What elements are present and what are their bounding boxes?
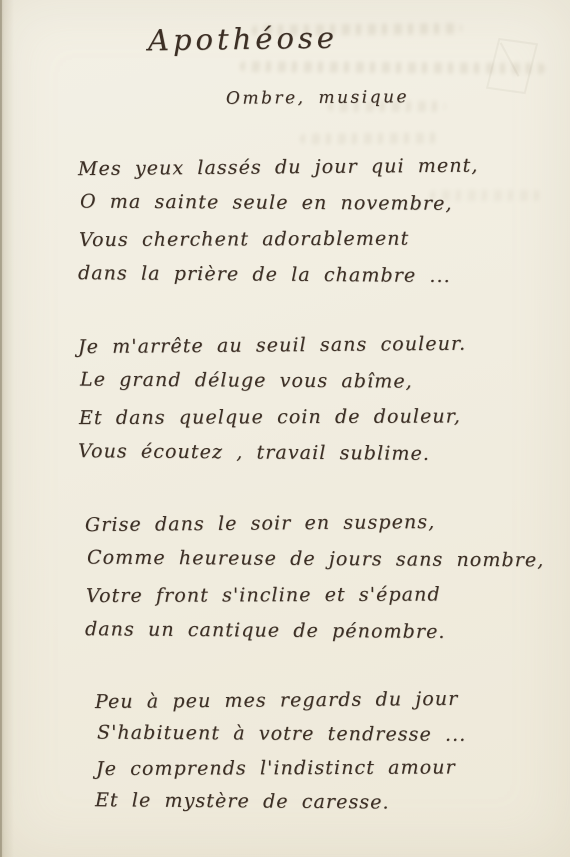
page-edge: [0, 0, 2, 857]
poem-line: O ma sainte seule en novembre,: [80, 185, 558, 224]
poem-line: dans la prière de la chambre ...: [78, 256, 558, 296]
poem-line: Je m'arrête au seuil sans couleur.: [78, 326, 558, 366]
stanza: Peu à peu mes regards du jour S'habituen…: [95, 684, 558, 820]
poem-line: Je comprends l'indistinct amour: [96, 751, 558, 787]
poem-line: Vous cherchent adorablement: [79, 221, 558, 259]
poem-body: Mes yeux lassés du jour qui ment, O ma s…: [78, 150, 558, 854]
poem-line: Le grand déluge vous abîme,: [80, 363, 558, 402]
stanza: Grise dans le soir en suspens, Comme heu…: [85, 506, 558, 650]
poem-line: Vous écoutez , travail sublime.: [78, 434, 558, 474]
poem-line: Grise dans le soir en suspens,: [85, 504, 558, 544]
poem-line: Et dans quelque coin de douleur,: [79, 399, 558, 437]
poem-title: Apothéose: [148, 21, 338, 58]
poem-line: S'habituent à votre tendresse ...: [97, 717, 558, 754]
stanza: Je m'arrête au seuil sans couleur. Le gr…: [78, 328, 558, 472]
poem-line: Mes yeux lassés du jour qui ment,: [78, 148, 558, 188]
poem-line: Et le mystère de caresse.: [95, 784, 558, 822]
poem-subtitle: Ombre, musique: [226, 87, 409, 109]
poem-line: Votre front s'incline et s'épand: [86, 577, 558, 615]
stanza: Mes yeux lassés du jour qui ment, O ma s…: [78, 150, 558, 294]
embossed-watermark: [486, 38, 538, 94]
poem-line: Comme heureuse de jours sans nombre,: [87, 541, 558, 580]
poem-line: dans un cantique de pénombre.: [85, 612, 558, 652]
manuscript-page: Apothéose Ombre, musique Mes yeux lassés…: [0, 0, 570, 857]
ink-bleed-through: [300, 132, 440, 144]
binding-gutter-shadow: [0, 0, 14, 857]
poem-line: Peu à peu mes regards du jour: [95, 682, 558, 720]
